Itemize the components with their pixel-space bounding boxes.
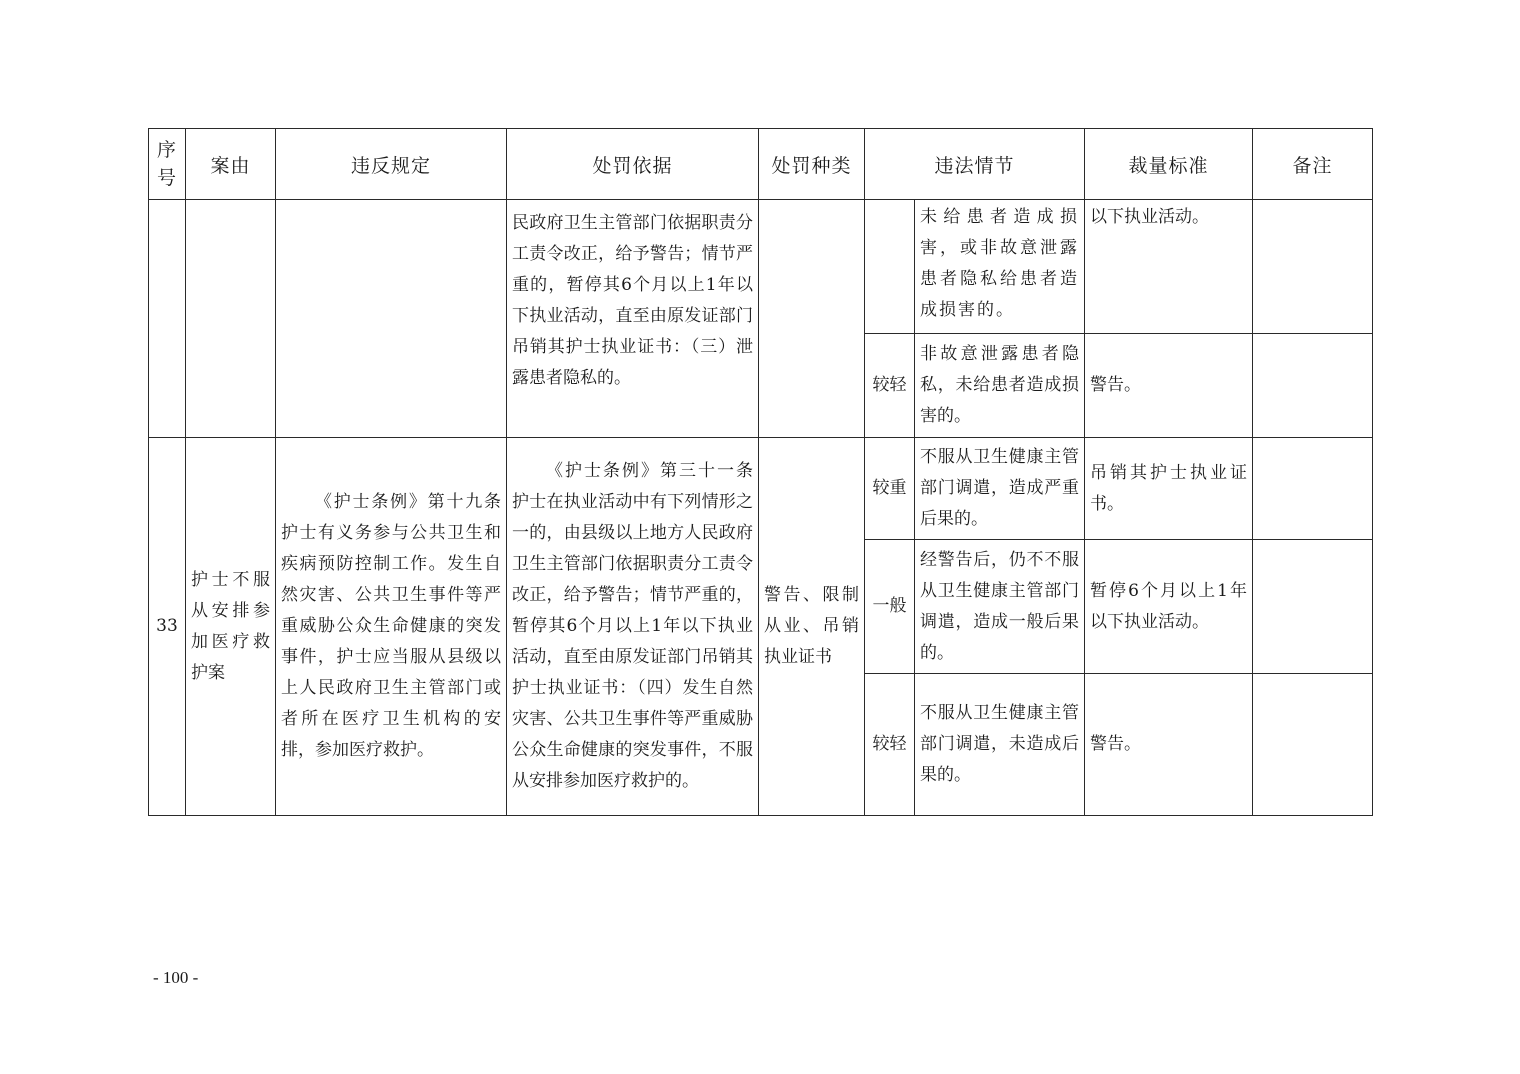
cont-remarks-cell [1253,200,1373,334]
detail-severe-text: 不服从卫生健康主管部门调遣，造成严重后果的。 [915,440,1084,537]
detail-light-text: 不服从卫生健康主管部门调遣，未造成后果的。 [915,696,1084,793]
cont-standard-cell: 以下执业活动。 [1085,200,1253,334]
header-circumstance: 违法情节 [865,129,1085,200]
standard-general-cell: 暂停6个月以上1年以下执业活动。 [1085,540,1253,674]
penalty-type-text: 警告、限制从业、吊销执业证书 [759,578,864,675]
header-penalty-type: 处罚种类 [759,129,865,200]
standard-light-text: 警告。 [1085,727,1252,762]
header-remarks: 备注 [1253,129,1373,200]
case-text: 护士不服从安排参加医疗救护案 [186,563,275,691]
table-header-row: 序号 案由 违反规定 处罚依据 处罚种类 违法情节 裁量标准 备注 [149,129,1373,200]
header-violated-rule: 违反规定 [276,129,507,200]
cont-standard-light-text: 警告。 [1085,368,1252,403]
detail-general-cell: 经警告后，仍不不服从卫生健康主管部门调遣，造成一般后果的。 [915,540,1085,674]
cont-seq-cell [149,200,186,438]
remarks-light-cell [1253,674,1373,816]
header-case: 案由 [186,129,276,200]
violated-rule-cell: 《护士条例》第十九条 护士有义务参与公共卫生和疾病预防控制工作。发生自然灾害、公… [276,438,507,816]
grade-general: 一般 [865,540,915,674]
cont-detail-light-cell: 非故意泄露患者隐私，未给患者造成损害的。 [915,334,1085,438]
cont-detail-light-text: 非故意泄露患者隐私，未给患者造成损害的。 [915,337,1084,434]
standard-severe-cell: 吊销其护士执业证书。 [1085,438,1253,540]
penalty-discretion-table: 序号 案由 违反规定 处罚依据 处罚种类 违法情节 裁量标准 备注 民政府卫生主… [148,128,1373,816]
detail-light-cell: 不服从卫生健康主管部门调遣，未造成后果的。 [915,674,1085,816]
standard-light-cell: 警告。 [1085,674,1253,816]
cont-grade-cell [865,200,915,334]
cont-standard-light-cell: 警告。 [1085,334,1253,438]
grade-light: 较轻 [865,674,915,816]
header-penalty-basis: 处罚依据 [507,129,759,200]
detail-severe-cell: 不服从卫生健康主管部门调遣，造成严重后果的。 [915,438,1085,540]
document-page: 序号 案由 违反规定 处罚依据 处罚种类 违法情节 裁量标准 备注 民政府卫生主… [0,0,1520,1074]
table-row: 民政府卫生主管部门依据职责分工责令改正，给予警告；情节严重的，暂停其6个月以上1… [149,200,1373,334]
cont-standard-text: 以下执业活动。 [1085,200,1252,235]
standard-severe-text: 吊销其护士执业证书。 [1085,456,1252,522]
cont-detail-text: 未给患者造成损害，或非故意泄露患者隐私给患者造成损害的。 [915,200,1084,328]
cont-remarks-light-cell [1253,334,1373,438]
violated-rule-text: 《护士条例》第十九条 护士有义务参与公共卫生和疾病预防控制工作。发生自然灾害、公… [276,485,506,768]
header-seq: 序号 [149,129,186,200]
seq-cell: 33 [149,438,186,816]
standard-general-text: 暂停6个月以上1年以下执业活动。 [1085,574,1252,640]
cont-penalty-basis-cell: 民政府卫生主管部门依据职责分工责令改正，给予警告；情节严重的，暂停其6个月以上1… [507,200,759,438]
case-cell: 护士不服从安排参加医疗救护案 [186,438,276,816]
remarks-severe-cell [1253,438,1373,540]
page-number: - 100 - [153,968,198,988]
header-standard: 裁量标准 [1085,129,1253,200]
table-row: 33 护士不服从安排参加医疗救护案 《护士条例》第十九条 护士有义务参与公共卫生… [149,438,1373,540]
cont-violated-rule-cell [276,200,507,438]
cont-case-cell [186,200,276,438]
penalty-basis-cell: 《护士条例》第三十一条 护士在执业活动中有下列情形之一的，由县级以上地方人民政府… [507,438,759,816]
cont-penalty-type-cell [759,200,865,438]
cont-grade-light: 较轻 [865,334,915,438]
penalty-type-cell: 警告、限制从业、吊销执业证书 [759,438,865,816]
penalty-basis-text: 《护士条例》第三十一条 护士在执业活动中有下列情形之一的，由县级以上地方人民政府… [507,454,758,799]
grade-severe: 较重 [865,438,915,540]
remarks-general-cell [1253,540,1373,674]
cont-penalty-basis-text: 民政府卫生主管部门依据职责分工责令改正，给予警告；情节严重的，暂停其6个月以上1… [507,200,758,396]
detail-general-text: 经警告后，仍不不服从卫生健康主管部门调遣，造成一般后果的。 [915,543,1084,671]
cont-detail-cell: 未给患者造成损害，或非故意泄露患者隐私给患者造成损害的。 [915,200,1085,334]
